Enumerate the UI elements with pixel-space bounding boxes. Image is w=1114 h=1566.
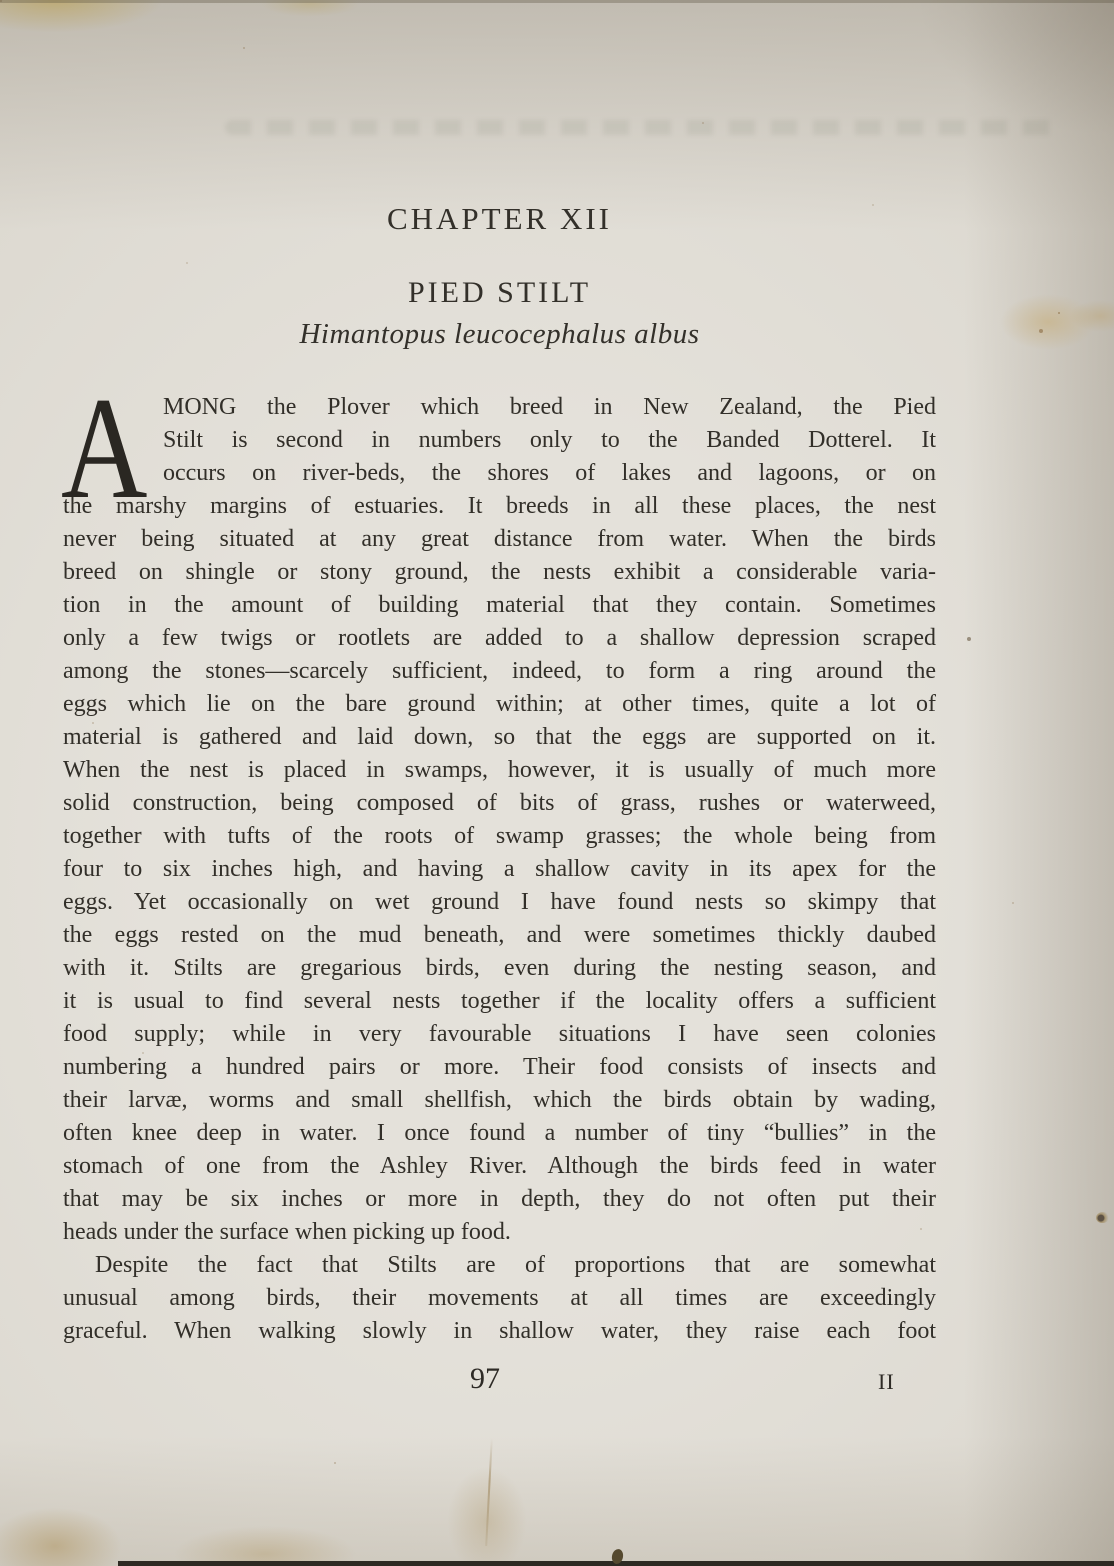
text-line: solid construction, being composed of bi… (63, 787, 936, 820)
text-line: together with tufts of the roots of swam… (63, 820, 936, 853)
opening-paragraph-head: A MONG the Plover which breed in New Zea… (63, 391, 936, 490)
text-line: among the stones—scarcely sufficient, in… (63, 655, 936, 688)
signature-mark: II (878, 1369, 895, 1395)
scanned-book-page: CHAPTER XII PIED STILT Himantopus leucoc… (0, 0, 1114, 1566)
scratch-mark (485, 1438, 493, 1546)
text-line: with it. Stilts are gregarious birds, ev… (63, 952, 936, 985)
text-line: When the nest is placed in swamps, howev… (63, 754, 936, 787)
text-line: that may be six inches or more in depth,… (63, 1183, 936, 1216)
text-line: only a few twigs or rootlets are added t… (63, 622, 936, 655)
text-line: food supply; while in very favourable si… (63, 1018, 936, 1051)
paragraph-1-lines: the marshy margins of estuaries. It bree… (63, 490, 936, 1216)
text-line: breed on shingle or stony ground, the ne… (63, 556, 936, 589)
text-line: often knee deep in water. I once found a… (63, 1117, 936, 1150)
opening-lines: MONG the Plover which breed in New Zeala… (163, 391, 936, 490)
text-line: MONG the Plover which breed in New Zeala… (163, 391, 936, 424)
drop-cap-letter: A (61, 375, 147, 521)
text-line: graceful. When walking slowly in shallow… (63, 1315, 936, 1348)
chapter-heading: CHAPTER XII (63, 201, 936, 237)
text-line: material is gathered and laid down, so t… (63, 721, 936, 754)
text-line: unusual among birds, their movements at … (63, 1282, 936, 1315)
text-line: their larvæ, worms and small shellfish, … (63, 1084, 936, 1117)
page-title: PIED STILT (63, 276, 936, 310)
bottom-left-stain (0, 1426, 580, 1566)
show-through-ghost-text (225, 120, 1065, 135)
page-number: 97 (440, 1362, 530, 1396)
text-line: eggs. Yet occasionally on wet ground I h… (63, 886, 936, 919)
text-line: the marshy margins of estuaries. It bree… (63, 490, 936, 523)
text-line: numbering a hundred pairs or more. Their… (63, 1051, 936, 1084)
drop-cap-box: A (63, 391, 163, 490)
text-line: stomach of one from the Ashley River. Al… (63, 1150, 936, 1183)
text-line: four to six inches high, and having a sh… (63, 853, 936, 886)
text-line: tion in the amount of building material … (63, 589, 936, 622)
scan-top-edge (0, 0, 1114, 3)
text-line: occurs on river-beds, the shores of lake… (163, 457, 936, 490)
text-line: the eggs rested on the mud beneath, and … (63, 919, 936, 952)
text-line: eggs which lie on the bare ground within… (63, 688, 936, 721)
paragraph-1-last-line: heads under the surface when picking up … (63, 1216, 936, 1249)
text-line: Stilt is second in numbers only to the B… (163, 424, 936, 457)
text-line: never being situated at any great distan… (63, 523, 936, 556)
body-text: A MONG the Plover which breed in New Zea… (63, 391, 936, 1348)
foxing-spot (1096, 1212, 1109, 1223)
species-name: Himantopus leucocephalus albus (63, 318, 936, 351)
paragraph-2-first-line: Despite the fact that Stilts are of prop… (63, 1249, 936, 1282)
paragraph-2-lines: unusual among birds, their movements at … (63, 1282, 936, 1348)
text-line: it is usual to find several nests togeth… (63, 985, 936, 1018)
